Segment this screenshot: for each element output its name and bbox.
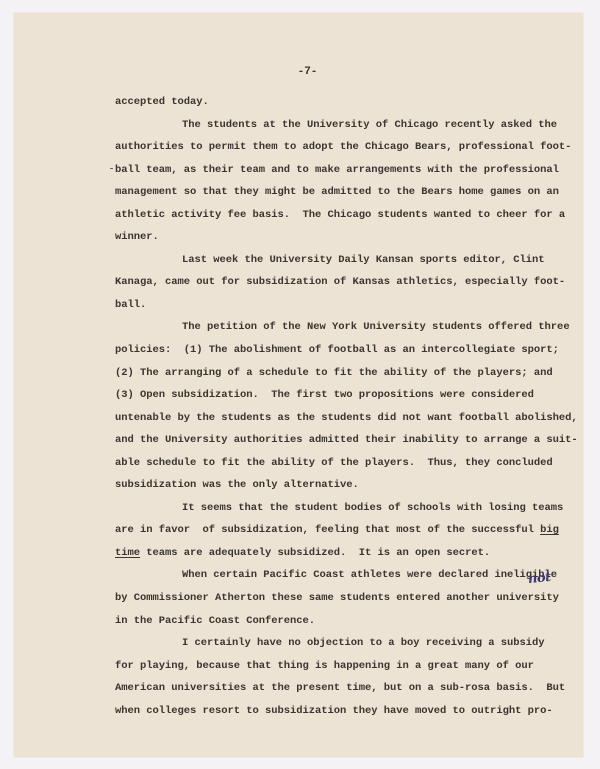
page-number: -7- (23, 66, 592, 78)
underlined-word: time (115, 547, 140, 559)
text-line: are in favor of subsidization, feeling t… (115, 519, 555, 542)
text-line: When certain Pacific Coast athletes were… (115, 564, 555, 587)
text-line: (3) Open subsidization. The first two pr… (115, 384, 555, 407)
text-line: and the University authorities admitted … (115, 429, 555, 452)
text-line: Last week the University Daily Kansan sp… (115, 249, 555, 272)
text-line: for playing, because that thing is happe… (115, 655, 555, 678)
margin-mark (110, 168, 113, 169)
text-line: The students at the University of Chicag… (115, 114, 555, 137)
text-line: in the Pacific Coast Conference. (115, 610, 555, 633)
text-line: able schedule to fit the ability of the … (115, 452, 555, 475)
text-line: winner. (115, 226, 555, 249)
text-line: by Commissioner Atherton these same stud… (115, 587, 555, 610)
text-line: The petition of the New York University … (115, 316, 555, 339)
text-line: management so that they might be admitte… (115, 181, 555, 204)
text-line: time teams are adequately subsidized. It… (115, 542, 555, 565)
text-line: Kanaga, came out for subsidization of Ka… (115, 271, 555, 294)
underlined-word: big (540, 524, 559, 536)
text-line: policies: (1) The abolishment of footbal… (115, 339, 555, 362)
text-line: ball. (115, 294, 555, 317)
typewritten-body: accepted today. The students at the Univ… (115, 91, 555, 722)
text-line: subsidization was the only alternative. (115, 474, 555, 497)
text-fragment: teams are adequately subsidized. It is a… (140, 547, 490, 559)
text-line: when colleges resort to subsidization th… (115, 700, 555, 723)
text-fragment: are in favor of subsidization, feeling t… (115, 524, 540, 536)
text-line: accepted today. (115, 91, 555, 114)
text-line: athletic activity fee basis. The Chicago… (115, 204, 555, 227)
document-page: -7- accepted today. The students at the … (14, 13, 583, 757)
text-line: untenable by the students as the student… (115, 407, 555, 430)
text-line: ball team, as their team and to make arr… (115, 159, 555, 182)
text-line: American universities at the present tim… (115, 677, 555, 700)
text-line: (2) The arranging of a schedule to fit t… (115, 362, 555, 385)
text-line: I certainly have no objection to a boy r… (115, 632, 555, 655)
text-line: authorities to permit them to adopt the … (115, 136, 555, 159)
handwritten-annotation: not (527, 570, 551, 587)
text-line: It seems that the student bodies of scho… (115, 497, 555, 520)
